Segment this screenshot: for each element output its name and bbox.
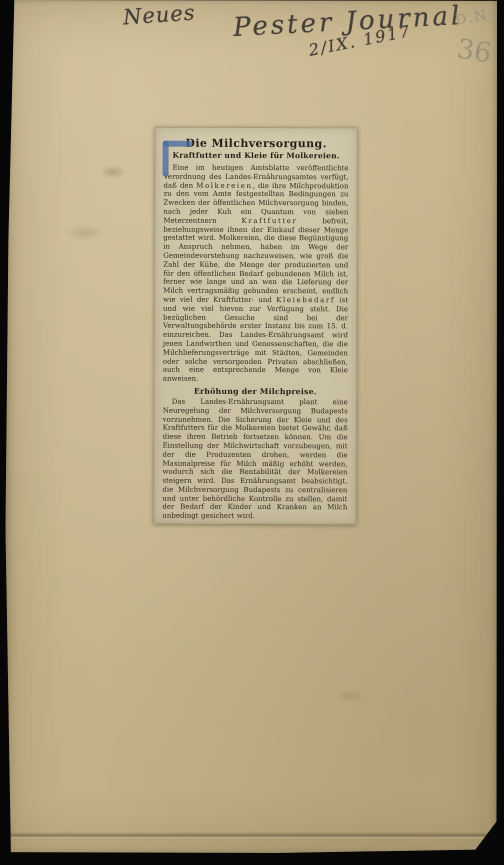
scan-background: { "page": { "handwriting": { "publicatio… <box>0 0 504 865</box>
clipping-paragraph: Eine im heutigen Amtsblatte veröffentlic… <box>163 164 349 385</box>
handwriting-publication-prefix: Neues <box>122 0 196 29</box>
clipping-title: Die Milchversorgung. <box>164 137 349 151</box>
newspaper-clipping: Die Milchversorgung. Kraftfutter und Kle… <box>153 127 357 525</box>
archive-page: Neues Pester Journal 2/IX. 1917 D.N 36 D… <box>5 0 497 853</box>
paper-fold-line <box>5 832 497 840</box>
paper-stain <box>335 690 365 702</box>
pencil-page-number: 36 <box>455 34 494 70</box>
clipping-body: Eine im heutigen Amtsblatte veröffentlic… <box>162 164 348 522</box>
paper-stain <box>65 225 105 241</box>
paper-stain <box>100 165 126 179</box>
clipping-subtitle: Kraftfutter und Kleie für Molkereien. <box>164 151 349 162</box>
clipping-section-heading: Erhöhung der Milchpreise. <box>163 386 348 398</box>
clipping-paragraph: Das Landes-Ernährungsamt plant eine Neur… <box>162 398 347 522</box>
